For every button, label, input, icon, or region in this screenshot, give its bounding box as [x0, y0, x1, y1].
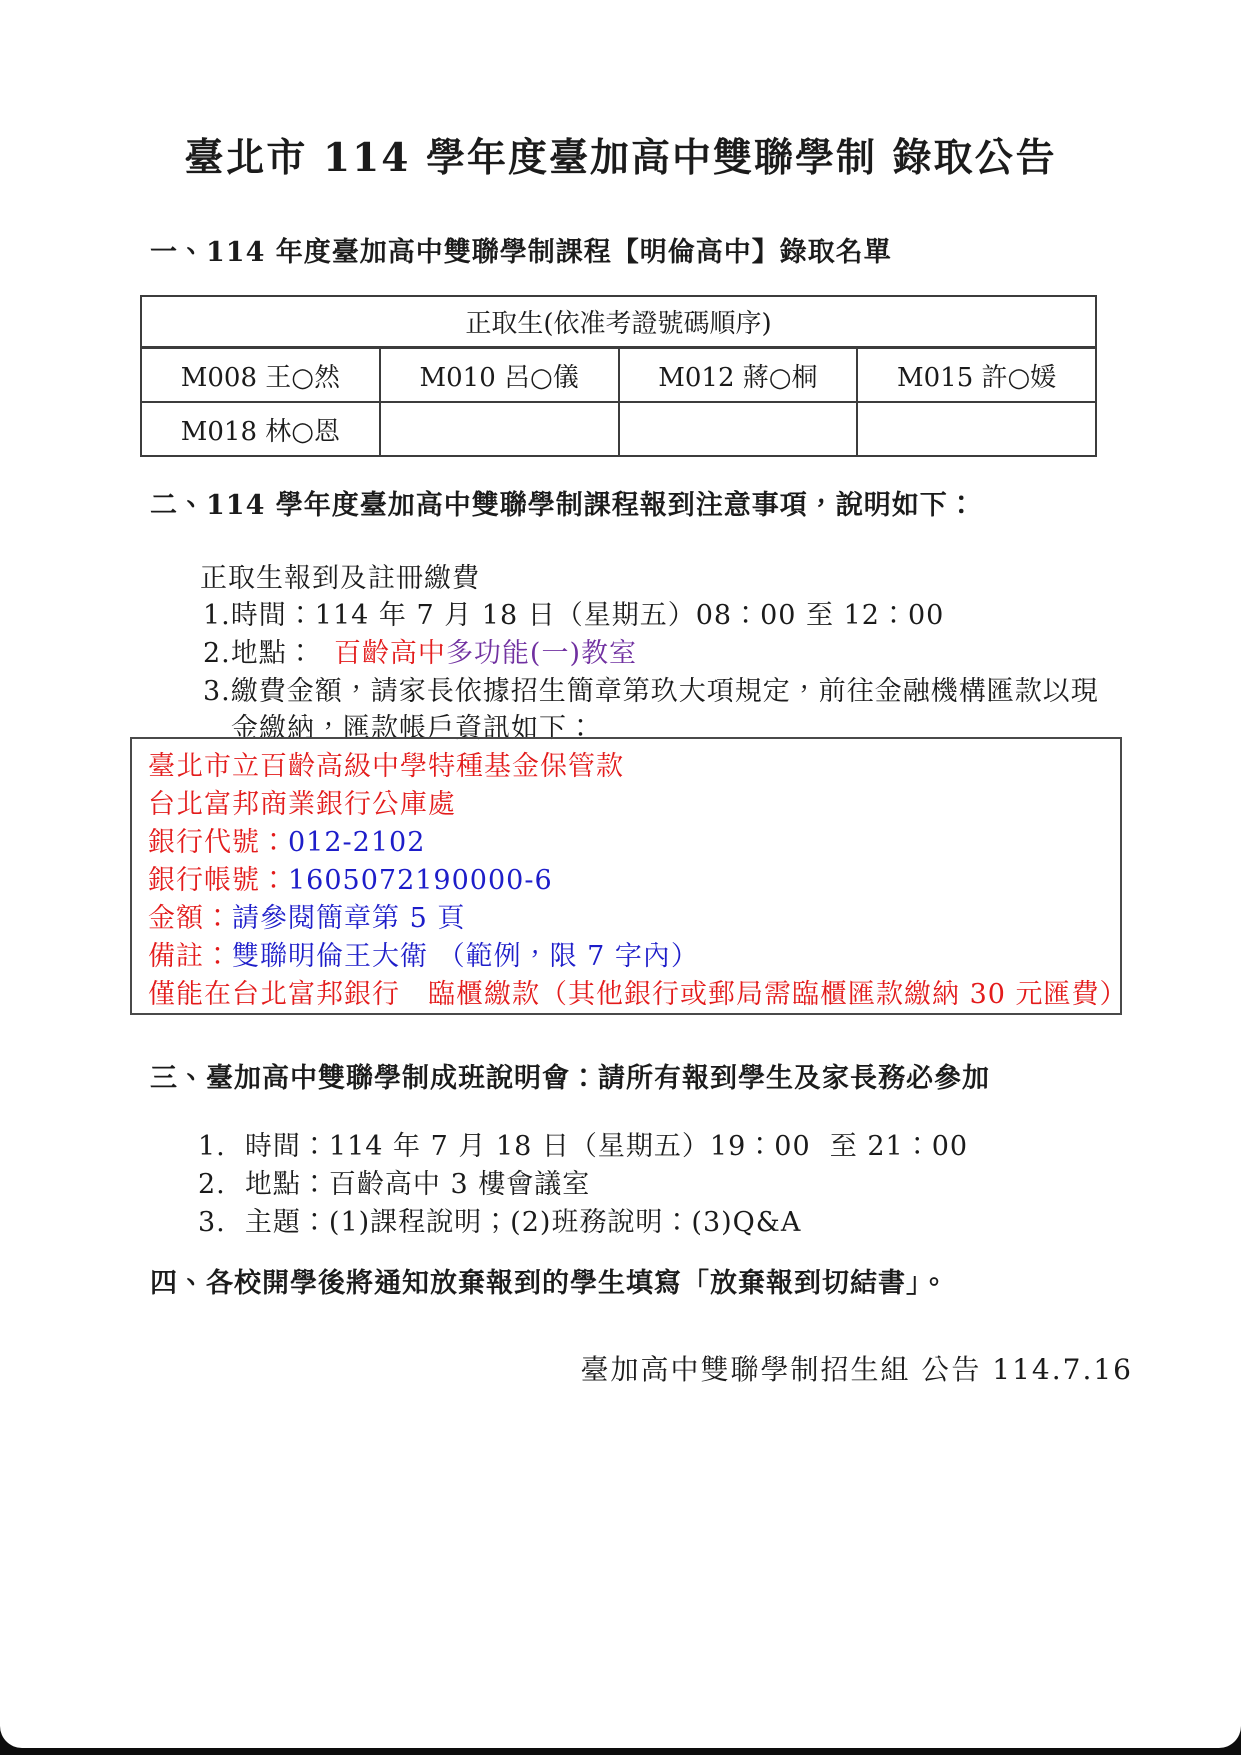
section3-heading: 三、臺加高中雙聯學制成班說明會：請所有報到學生及家長務必參加	[150, 1056, 990, 1095]
amount-line: 金額：請參閱簡章第 5 頁	[148, 900, 1104, 938]
amount-value: 請參閱簡章第 5 頁	[232, 903, 465, 934]
meeting-time-line: 1. 時間：114 年 7 月 18 日（星期五）19：00 至 21：00	[198, 1124, 968, 1163]
location-school-name: 百齡高中	[334, 638, 446, 669]
announcement-page: 臺北市 114 學年度臺加高中雙聯學制 錄取公告 一、114 年度臺加高中雙聯學…	[0, 0, 1241, 1755]
table-header-cell: 正取生(依准考證號碼順序)	[141, 296, 1096, 348]
section2-heading: 二、114 學年度臺加高中雙聯學制課程報到注意事項，說明如下：	[150, 483, 976, 522]
payment-instruction-line1: 3.繳費金額，請家長依據招生簡章第玖大項規定，前往金融機構匯款以現	[203, 669, 1099, 708]
registration-subheading: 正取生報到及註冊繳費	[200, 556, 480, 595]
student-cell: M010 呂○儀	[380, 348, 619, 403]
account-number-line: 銀行帳號：1605072190000-6	[148, 862, 1104, 900]
note-label: 備註：	[148, 941, 232, 972]
table-row: M008 王○然 M010 呂○儀 M012 蔣○桐 M015 許○媛	[141, 348, 1096, 403]
student-cell: M015 許○媛	[857, 348, 1096, 403]
student-cell: M012 蔣○桐	[619, 348, 858, 403]
bank-branch: 台北富邦商業銀行公庫處	[148, 786, 1104, 824]
meeting-topic-line: 3. 主題：(1)課程說明；(2)班務說明：(3)Q&A	[198, 1200, 801, 1239]
signoff-line: 臺加高中雙聯學制招生組 公告 114.7.16	[581, 1348, 1134, 1388]
section4-heading: 四、各校開學後將通知放棄報到的學生填寫「放棄報到切結書」。	[150, 1261, 949, 1300]
amount-label: 金額：	[148, 903, 232, 934]
location-label: 2.地點：	[203, 638, 334, 669]
registration-location-line: 2.地點： 百齡高中多功能(一)教室	[203, 631, 637, 670]
bank-account-name: 臺北市立百齡高級中學特種基金保管款	[148, 748, 1104, 786]
admitted-students-table: 正取生(依准考證號碼順序) M008 王○然 M010 呂○儀 M012 蔣○桐…	[140, 295, 1097, 457]
student-cell: M008 王○然	[141, 348, 380, 403]
bank-warning-line: 僅能在台北富邦銀行 臨櫃繳款（其他銀行或郵局需臨櫃匯款繳納 30 元匯費）	[148, 976, 1104, 1014]
registration-time-line: 1.時間：114 年 7 月 18 日（星期五）08：00 至 12：00	[203, 593, 944, 632]
empty-cell	[619, 402, 858, 456]
empty-cell	[857, 402, 1096, 456]
note-value: 雙聯明倫王大衛 （範例，限 7 字內）	[232, 941, 699, 972]
empty-cell	[380, 402, 619, 456]
bank-code-label: 銀行代號：	[148, 827, 288, 858]
section1-heading: 一、114 年度臺加高中雙聯學制課程【明倫高中】錄取名單	[150, 230, 892, 269]
bank-code-line: 銀行代號：012-2102	[148, 824, 1104, 862]
paper-sheet: 臺北市 114 學年度臺加高中雙聯學制 錄取公告 一、114 年度臺加高中雙聯學…	[0, 0, 1241, 1748]
table-row: M018 林○恩	[141, 402, 1096, 456]
student-cell: M018 林○恩	[141, 402, 380, 456]
note-line: 備註：雙聯明倫王大衛 （範例，限 7 字內）	[148, 938, 1104, 976]
bank-account-info-box: 臺北市立百齡高級中學特種基金保管款 台北富邦商業銀行公庫處 銀行代號：012-2…	[130, 737, 1122, 1015]
location-room-name: 多功能(一)教室	[446, 638, 637, 669]
account-number-value: 1605072190000-6	[288, 865, 553, 896]
meeting-location-line: 2. 地點：百齡高中 3 樓會議室	[198, 1162, 590, 1201]
account-number-label: 銀行帳號：	[148, 865, 288, 896]
table-header-row: 正取生(依准考證號碼順序)	[141, 296, 1096, 348]
bank-code-value: 012-2102	[288, 827, 425, 858]
page-title: 臺北市 114 學年度臺加高中雙聯學制 錄取公告	[0, 127, 1241, 183]
